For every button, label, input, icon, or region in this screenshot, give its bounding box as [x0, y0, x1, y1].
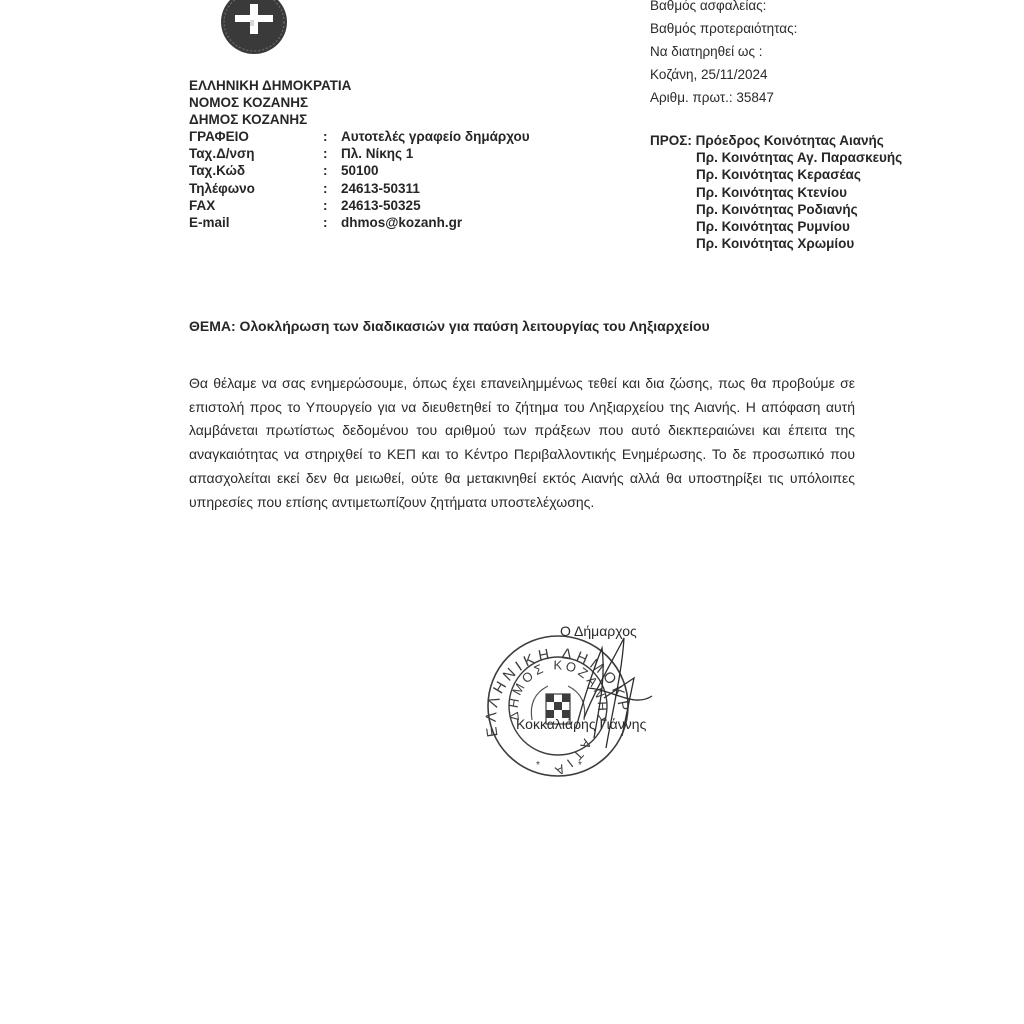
contact-separator: : [323, 128, 341, 145]
recipient-item: Πρ. Κοινότητας Κτενίου [650, 184, 902, 201]
protocol-number: Αριθμ. πρωτ.: 35847 [650, 86, 797, 109]
contact-value: 24613-50311 [341, 180, 420, 197]
recipients-prefix: ΠΡΟΣ: [650, 133, 692, 148]
contact-value: Αυτοτελές γραφείο δημάρχου [341, 128, 530, 145]
document-meta: Βαθμός ασφαλείας: Βαθμός προτεραιότητας:… [650, 0, 797, 109]
contact-value: Πλ. Νίκης 1 [341, 145, 413, 162]
contact-separator: : [323, 180, 341, 197]
contact-label: Ταχ.Δ/νση [189, 145, 323, 162]
security-level: Βαθμός ασφαλείας: [650, 0, 797, 17]
recipient-item: Πρ. Κοινότητας Χρωμίου [650, 235, 902, 252]
recipients-block: ΠΡΟΣ: Πρόεδρος Κοινότητας Αιανής Πρ. Κοι… [650, 132, 902, 252]
svg-text:*: * [536, 760, 540, 771]
subject-line: ΘΕΜΑ: Ολοκλήρωση των διαδικασιών για παύ… [189, 318, 710, 334]
signatory-name: Κοκκαλιάρης Γιάννης [516, 716, 646, 732]
contact-details: ΓΡΑΦΕΙΟ : Αυτοτελές γραφείο δημάρχου Ταχ… [189, 128, 530, 231]
greek-coat-of-arms-icon [219, 0, 289, 54]
contact-value: 50100 [341, 162, 379, 179]
contact-row-postcode: Ταχ.Κώδ : 50100 [189, 162, 530, 179]
contact-separator: : [323, 162, 341, 179]
issuer-header: ΕΛΛΗΝΙΚΗ ΔΗΜΟΚΡΑΤΙΑ ΝΟΜΟΣ ΚΟΖΑΝΗΣ ΔΗΜΟΣ … [189, 77, 351, 128]
contact-value: 24613-50325 [341, 197, 421, 214]
issuer-line-2: ΝΟΜΟΣ ΚΟΖΑΝΗΣ [189, 94, 351, 111]
contact-label: FAX [189, 197, 323, 214]
contact-label: Ταχ.Κώδ [189, 162, 323, 179]
contact-row-email: E-mail : dhmos@kozanh.gr [189, 214, 530, 231]
contact-label: E-mail [189, 214, 323, 231]
signatory-title: Ο Δήμαρχος [560, 623, 637, 639]
recipient-item: Πρ. Κοινότητας Ρυμνίου [650, 218, 902, 235]
recipient-item: Πρ. Κοινότητας Κερασέας [650, 166, 902, 183]
recipient-item: Πρ. Κοινότητας Ροδιανής [650, 201, 902, 218]
letter-body: Θα θέλαμε να σας ενημερώσουμε, όπως έχει… [189, 372, 855, 514]
contact-row-office: ΓΡΑΦΕΙΟ : Αυτοτελές γραφείο δημάρχου [189, 128, 530, 145]
body-paragraph: Θα θέλαμε να σας ενημερώσουμε, όπως έχει… [189, 372, 855, 514]
issuer-line-1: ΕΛΛΗΝΙΚΗ ΔΗΜΟΚΡΑΤΙΑ [189, 77, 351, 94]
official-seal-icon: ΕΛΛΗΝΙΚΗ ΔΗΜΟΚΡ ΔΗΜΟΣ ΚΟΖΑΝΗΣ ΑΤΙΑ * * [484, 618, 704, 793]
contact-row-address: Ταχ.Δ/νση : Πλ. Νίκης 1 [189, 145, 530, 162]
issuer-line-3: ΔΗΜΟΣ ΚΟΖΑΝΗΣ [189, 111, 351, 128]
contact-label: ΓΡΑΦΕΙΟ [189, 128, 323, 145]
contact-separator: : [323, 197, 341, 214]
recipient-item: Πρόεδρος Κοινότητας Αιανής [696, 133, 884, 148]
retention-period: Να διατηρηθεί ως : [650, 40, 797, 63]
svg-text:*: * [578, 760, 582, 771]
contact-label: Τηλέφωνο [189, 180, 323, 197]
contact-row-phone: Τηλέφωνο : 24613-50311 [189, 180, 530, 197]
recipient-primary: ΠΡΟΣ: Πρόεδρος Κοινότητας Αιανής [650, 132, 902, 149]
recipient-item: Πρ. Κοινότητας Αγ. Παρασκευής [650, 149, 902, 166]
contact-value: dhmos@kozanh.gr [341, 214, 462, 231]
contact-row-fax: FAX : 24613-50325 [189, 197, 530, 214]
priority-level: Βαθμός προτεραιότητας: [650, 17, 797, 40]
contact-separator: : [323, 214, 341, 231]
place-date: Κοζάνη, 25/11/2024 [650, 63, 797, 86]
contact-separator: : [323, 145, 341, 162]
